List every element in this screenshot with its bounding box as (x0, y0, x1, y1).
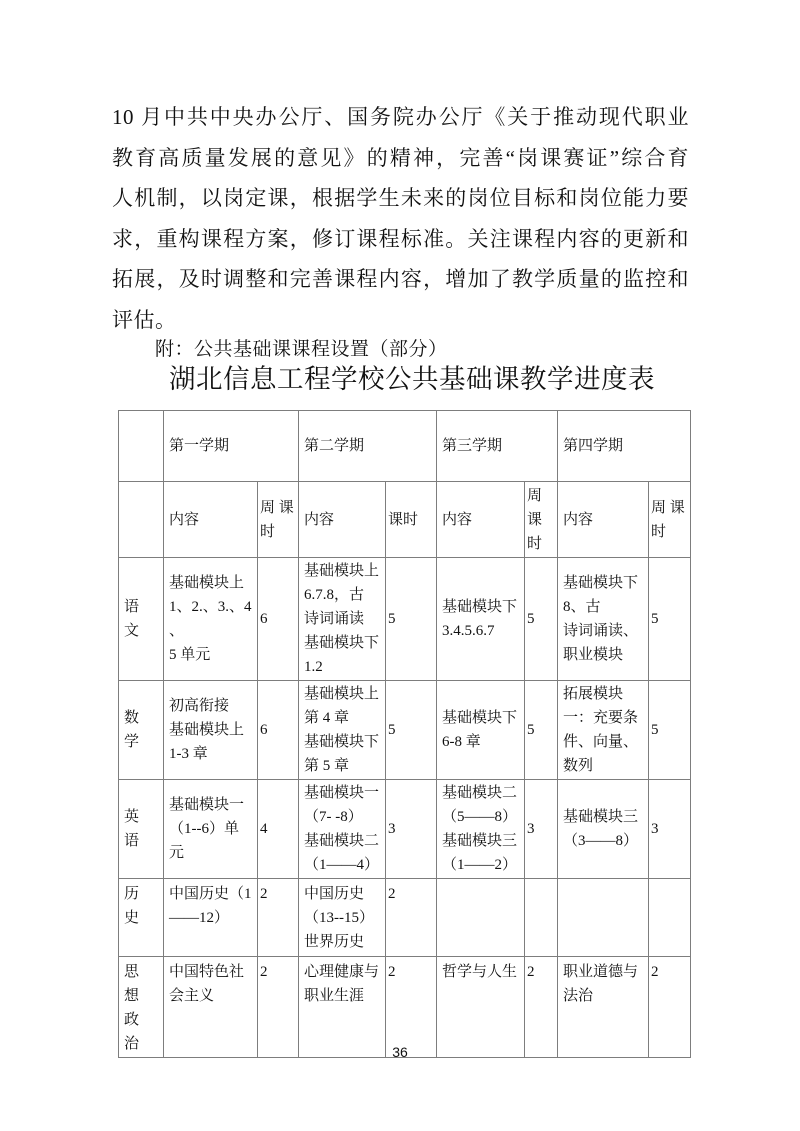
header-content-s4: 内容 (558, 482, 649, 558)
hours-cell: 3 (386, 780, 437, 879)
content-cell: 拓展模块 一：充要条 件、向量、 数列 (558, 681, 649, 780)
hours-cell: 3 (525, 780, 558, 879)
hours-cell: 5 (386, 681, 437, 780)
corner-cell (119, 411, 164, 482)
hours-cell: 6 (258, 681, 299, 780)
header-hours-s3: 周 课 时 (525, 482, 558, 558)
attachment-note: 附：公共基础课课程设置（部分） (155, 337, 448, 363)
hours-cell: 2 (258, 879, 299, 957)
content-cell: 中国特色社 会主义 (164, 957, 258, 1058)
content-cell: 基础模块三 （3——8） (558, 780, 649, 879)
header-content-s3: 内容 (437, 482, 525, 558)
content-cell: 心理健康与 职业生涯 (299, 957, 386, 1058)
paragraph-line: 评估。 (112, 300, 689, 341)
hours-cell: 2 (258, 957, 299, 1058)
content-cell: 基础模块一 （1--6）单 元 (164, 780, 258, 879)
hours-cell: 5 (649, 681, 691, 780)
hours-cell: 4 (258, 780, 299, 879)
header-content-s2: 内容 (299, 482, 386, 558)
hours-cell: 2 (649, 957, 691, 1058)
paragraph-line: 教育高质量发展的意见》的精神，完善“岗课赛证”综合育 (112, 138, 689, 179)
content-cell: 中国历史 （13--15） 世界历史 (299, 879, 386, 957)
content-cell: 基础模块二 （5——8） 基础模块三 （1——2） (437, 780, 525, 879)
hours-cell (525, 879, 558, 957)
hours-cell: 5 (386, 558, 437, 681)
hours-cell: 5 (525, 558, 558, 681)
content-cell (558, 879, 649, 957)
content-cell: 哲学与人生 (437, 957, 525, 1058)
table-row-chinese: 语 文 基础模块上 1、2.、3.、4 、 5 单元 6 基础模块上 6.7.8… (119, 558, 691, 681)
hours-cell (649, 879, 691, 957)
hours-cell: 3 (649, 780, 691, 879)
content-cell (437, 879, 525, 957)
document-page: 10 月中共中央办公厅、国务院办公厅《关于推动现代职业 教育高质量发展的意见》的… (0, 0, 800, 1131)
content-cell: 基础模块上 6.7.8，古 诗词诵读 基础模块下 1.2 (299, 558, 386, 681)
semester-header-row: 第一学期 第二学期 第三学期 第四学期 (119, 411, 691, 482)
subject-cell: 英 语 (119, 780, 164, 879)
subject-cell: 数 学 (119, 681, 164, 780)
paragraph-line: 求，重构课程方案，修订课程标准。关注课程内容的更新和 (112, 219, 689, 260)
content-cell: 基础模块下 8、古 诗词诵读、 职业模块 (558, 558, 649, 681)
hours-cell: 2 (386, 879, 437, 957)
page-number: 36 (0, 1044, 800, 1060)
paragraph-line: 人机制，以岗定课，根据学生未来的岗位目标和岗位能力要 (112, 178, 689, 219)
hours-cell: 5 (649, 558, 691, 681)
hours-cell: 2 (386, 957, 437, 1058)
hours-cell: 2 (525, 957, 558, 1058)
hours-cell: 6 (258, 558, 299, 681)
table-row-math: 数 学 初高衔接 基础模块上 1-3 章 6 基础模块上 第 4 章 基础模块下… (119, 681, 691, 780)
header-hours-s2: 课时 (386, 482, 437, 558)
content-cell: 基础模块上 第 4 章 基础模块下 第 5 章 (299, 681, 386, 780)
table-row-politics: 思 想 政 治 中国特色社 会主义 2 心理健康与 职业生涯 2 哲学与人生 2… (119, 957, 691, 1058)
subject-cell: 历 史 (119, 879, 164, 957)
header-semester-1: 第一学期 (164, 411, 299, 482)
header-hours-s4: 周 课 时 (649, 482, 691, 558)
paragraph-line: 拓展，及时调整和完善课程内容，增加了教学质量的监控和 (112, 259, 689, 300)
header-semester-4: 第四学期 (558, 411, 691, 482)
subject-cell: 语 文 (119, 558, 164, 681)
hours-cell: 5 (525, 681, 558, 780)
header-content-s1: 内容 (164, 482, 258, 558)
corner-cell (119, 482, 164, 558)
content-cell: 基础模块下 3.4.5.6.7 (437, 558, 525, 681)
column-header-row: 内容 周 课 时 内容 课时 内容 周 课 时 内容 周 课 时 (119, 482, 691, 558)
header-hours-s1: 周 课 时 (258, 482, 299, 558)
content-cell: 基础模块一 （7- -8） 基础模块二 （1——4） (299, 780, 386, 879)
table-row-english: 英 语 基础模块一 （1--6）单 元 4 基础模块一 （7- -8） 基础模块… (119, 780, 691, 879)
content-cell: 基础模块下 6-8 章 (437, 681, 525, 780)
teaching-schedule-table: 第一学期 第二学期 第三学期 第四学期 内容 周 课 时 内容 课时 内容 周 … (118, 410, 691, 1058)
subject-cell: 思 想 政 治 (119, 957, 164, 1058)
header-semester-2: 第二学期 (299, 411, 437, 482)
content-cell: 中国历史（1 ——12） (164, 879, 258, 957)
content-cell: 基础模块上 1、2.、3.、4 、 5 单元 (164, 558, 258, 681)
content-cell: 初高衔接 基础模块上 1-3 章 (164, 681, 258, 780)
paragraph-line: 10 月中共中央办公厅、国务院办公厅《关于推动现代职业 (112, 97, 689, 138)
table-title: 湖北信息工程学校公共基础课教学进度表 (112, 361, 712, 397)
header-semester-3: 第三学期 (437, 411, 558, 482)
table-row-history: 历 史 中国历史（1 ——12） 2 中国历史 （13--15） 世界历史 2 (119, 879, 691, 957)
content-cell: 职业道德与 法治 (558, 957, 649, 1058)
body-paragraph: 10 月中共中央办公厅、国务院办公厅《关于推动现代职业 教育高质量发展的意见》的… (112, 97, 689, 341)
